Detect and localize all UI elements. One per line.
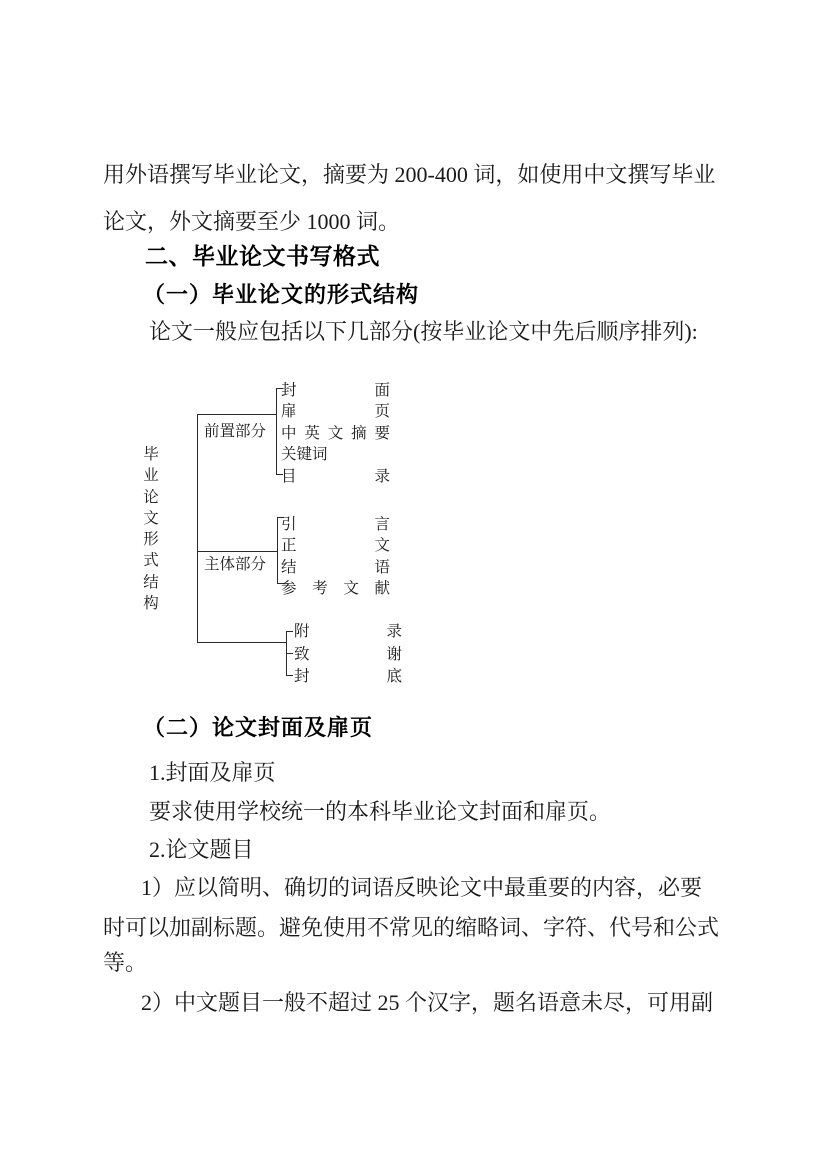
list-item-2-title: 2.论文题目 bbox=[103, 836, 743, 863]
diagram-item: 关键词 bbox=[281, 443, 390, 465]
diagram-item: 附录 bbox=[294, 619, 402, 642]
main-part-items: 引言 正文 结语 参考文献 bbox=[281, 512, 390, 598]
diagram-bracket-2 bbox=[277, 517, 278, 584]
list-item-1-title: 1.封面及扉页 bbox=[103, 759, 743, 786]
subsection-heading-1: （一）毕业论文的形式结构 bbox=[143, 281, 419, 308]
diagram-branch-line-2 bbox=[197, 551, 278, 552]
point-1-line-2: 时可以加副标题。避免使用不常见的缩略词、字符、代号和公式 bbox=[103, 914, 743, 941]
diagram-item: 封面 bbox=[281, 378, 390, 400]
diagram-item: 中英文摘要 bbox=[281, 421, 390, 443]
diagram-bracket-1 bbox=[276, 388, 277, 475]
bracket-tick bbox=[286, 653, 293, 654]
diagram-group-label-front: 前置部分 bbox=[204, 423, 266, 440]
diagram-branch-line-3 bbox=[197, 642, 287, 643]
diagram-item: 扉页 bbox=[281, 400, 390, 422]
diagram-trunk-line bbox=[197, 414, 198, 643]
document-page: 用外语撰写毕业论文，摘要为 200-400 词，如使用中文撰写毕业 论文，外文摘… bbox=[0, 0, 827, 1170]
diagram-item: 正文 bbox=[281, 534, 390, 556]
paragraph-line: 用外语撰写毕业论文，摘要为 200-400 词，如使用中文撰写毕业 bbox=[103, 161, 743, 188]
diagram-intro-line: 论文一般应包括以下几部分(按毕业论文中先后顺序排列): bbox=[103, 318, 743, 345]
point-2-line-1: 2）中文题目一般不超过 25 个汉字，题名语意未尽，可用副 bbox=[103, 989, 743, 1016]
diagram-item: 目录 bbox=[281, 464, 390, 486]
bracket-tick bbox=[286, 631, 293, 632]
diagram-branch-line-1 bbox=[197, 414, 277, 415]
list-item-1-body: 要求使用学校统一的本科毕业论文封面和扉页。 bbox=[103, 798, 743, 825]
diagram-item: 封底 bbox=[294, 664, 402, 687]
diagram-item: 致谢 bbox=[294, 642, 402, 665]
diagram-root-label: 毕业论文形式结构 bbox=[141, 444, 161, 614]
subsection-heading-2: （二）论文封面及扉页 bbox=[143, 714, 373, 741]
paragraph-line: 论文，外文摘要至少 1000 词。 bbox=[103, 208, 743, 235]
diagram-group-label-main: 主体部分 bbox=[204, 556, 266, 573]
front-part-items: 封面 扉页 中英文摘要 关键词 目录 bbox=[281, 378, 390, 486]
section-heading: 二、毕业论文书写格式 bbox=[145, 243, 380, 270]
diagram-item: 引言 bbox=[281, 512, 390, 534]
point-1-line-3: 等。 bbox=[103, 949, 743, 976]
diagram-item: 参考文献 bbox=[281, 577, 390, 599]
back-part-items: 附录 致谢 封底 bbox=[294, 619, 402, 687]
bracket-tick bbox=[286, 675, 293, 676]
point-1-line-1: 1）应以简明、确切的词语反映论文中最重要的内容，必要 bbox=[103, 874, 743, 901]
diagram-item: 结语 bbox=[281, 555, 390, 577]
